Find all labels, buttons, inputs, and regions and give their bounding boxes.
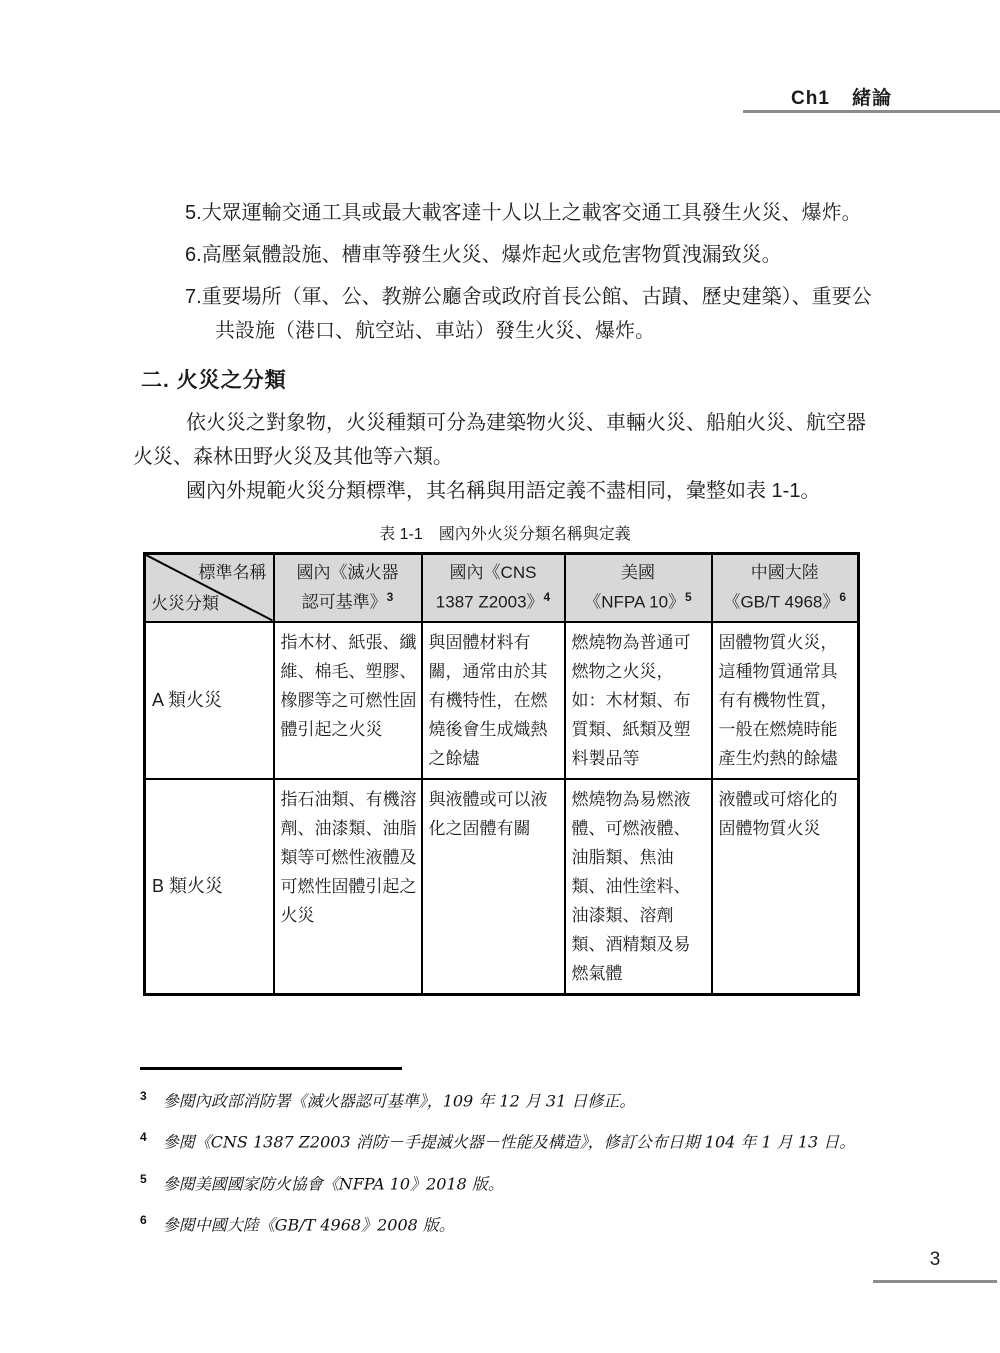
column-header: 中國大陸《GB/T 4968》6 xyxy=(712,554,859,622)
corner-label-standard: 標準名稱 xyxy=(199,560,267,585)
definition-cell: 液體或可熔化的固體物質火災 xyxy=(712,779,859,995)
column-header: 美國《NFPA 10》5 xyxy=(565,554,712,622)
footnote-text: 參閱美國國家防火協會《NFPA 10》2018 版。 xyxy=(163,1174,504,1193)
column-header-line1: 中國大陸 xyxy=(751,563,819,582)
body-paragraph: 依火災之對象物，火災種類可分為建築物火災、車輛火災、船舶火災、航空器火災、森林田… xyxy=(133,406,881,474)
numbered-list: 5.大眾運輸交通工具或最大載客達十人以上之載客交通工具發生火災、爆炸。 6.高壓… xyxy=(133,196,881,356)
footnote-number: 6 xyxy=(140,1213,147,1227)
footnote-text: 參閱《CNS 1387 Z2003 消防－手提滅火器－性能及構造》，修訂公布日期… xyxy=(163,1133,856,1152)
list-item-text: 大眾運輸交通工具或最大載客達十人以上之載客交通工具發生火災、爆炸。 xyxy=(202,202,862,224)
column-header-line2: 《GB/T 4968》 xyxy=(723,593,839,612)
footnote-ref: 6 xyxy=(839,590,846,604)
paragraph-block: 依火災之對象物，火災種類可分為建築物火災、車輛火災、船舶火災、航空器火災、森林田… xyxy=(133,406,881,508)
column-header: 國內《CNS1387 Z2003》4 xyxy=(422,554,565,622)
definition-cell: 指木材、紙張、纖維、棉毛、塑膠、橡膠等之可燃性固體引起之火災 xyxy=(274,622,422,779)
footnote-number: 4 xyxy=(140,1130,147,1144)
column-header-line2: 《NFPA 10》 xyxy=(584,593,685,612)
definition-cell: 燃燒物為普通可燃物之火災，如：木材類、布質類、紙類及塑料製品等 xyxy=(565,622,712,779)
list-item-text: 高壓氣體設施、槽車等發生火災、爆炸起火或危害物質洩漏致災。 xyxy=(202,244,782,266)
list-item-number: 5. xyxy=(185,202,202,224)
fire-classification-table: 標準名稱 火災分類 國內《滅火器認可基準》3 國內《CNS1387 Z2003》… xyxy=(143,552,860,996)
row-label-cell: B 類火災 xyxy=(145,779,274,995)
table-caption: 表 1-1 國內外火災分類名稱與定義 xyxy=(133,521,877,544)
footnote-ref: 4 xyxy=(544,590,551,604)
definition-cell: 指石油類、有機溶劑、油漆類、油脂類等可燃性液體及可燃性固體引起之火災 xyxy=(274,779,422,995)
corner-header-cell: 標準名稱 火災分類 xyxy=(145,554,274,622)
column-header-line2: 1387 Z2003》 xyxy=(436,593,544,612)
chapter-label: Ch1 xyxy=(791,88,830,109)
table-row: B 類火災 指石油類、有機溶劑、油漆類、油脂類等可燃性液體及可燃性固體引起之火災… xyxy=(145,779,859,995)
footnote-ref: 3 xyxy=(387,590,394,604)
table-header-row: 標準名稱 火災分類 國內《滅火器認可基準》3 國內《CNS1387 Z2003》… xyxy=(145,554,859,622)
footnote-ref: 5 xyxy=(685,590,692,604)
page-number: 3 xyxy=(873,1249,997,1271)
column-header-line1: 國內《CNS xyxy=(450,563,537,582)
footnote-number: 3 xyxy=(140,1089,147,1103)
column-header-line1: 國內《滅火器 xyxy=(297,563,399,582)
footnote: 3參閱內政部消防署《滅火器認可基準》，109 年 12 月 31 日修正。 xyxy=(140,1078,882,1119)
definition-cell: 與固體材料有關，通常由於其有機特性，在燃燒後會生成熾熱之餘燼 xyxy=(422,622,565,779)
list-item-number: 7. xyxy=(185,286,202,308)
row-label-cell: A 類火災 xyxy=(145,622,274,779)
footnote: 6參閱中國大陸《GB/T 4968》2008 版。 xyxy=(140,1202,882,1243)
footnote-text: 參閱內政部消防署《滅火器認可基準》，109 年 12 月 31 日修正。 xyxy=(163,1091,636,1110)
footnote: 4參閱《CNS 1387 Z2003 消防－手提滅火器－性能及構造》，修訂公布日… xyxy=(140,1119,882,1160)
body-paragraph: 國內外規範火災分類標準，其名稱與用語定義不盡相同，彙整如表 1-1。 xyxy=(133,474,881,508)
definition-cell: 燃燒物為易燃液體、可燃液體、油脂類、焦油類、油性塗料、油漆類、溶劑類、酒精類及易… xyxy=(565,779,712,995)
column-header-line1: 美國 xyxy=(621,563,655,582)
list-item-number: 6. xyxy=(185,244,202,266)
list-item: 5.大眾運輸交通工具或最大載客達十人以上之載客交通工具發生火災、爆炸。 xyxy=(185,196,881,230)
chapter-title: 緒論 xyxy=(852,88,892,109)
table-row: A 類火災 指木材、紙張、纖維、棉毛、塑膠、橡膠等之可燃性固體引起之火災 與固體… xyxy=(145,622,859,779)
header-rule xyxy=(743,110,1000,113)
definition-cell: 固體物質火災，這種物質通常具有有機物性質，一般在燃燒時能產生灼熱的餘燼 xyxy=(712,622,859,779)
footnote: 5參閱美國國家防火協會《NFPA 10》2018 版。 xyxy=(140,1161,882,1202)
list-item: 6.高壓氣體設施、槽車等發生火災、爆炸起火或危害物質洩漏致災。 xyxy=(185,238,881,272)
footnotes-block: 3參閱內政部消防署《滅火器認可基準》，109 年 12 月 31 日修正。 4參… xyxy=(140,1067,882,1243)
footnote-number: 5 xyxy=(140,1172,147,1186)
list-item-text: 重要場所（軍、公、教辦公廳舍或政府首長公館、古蹟、歷史建築）、重要公共設施（港口… xyxy=(202,286,872,342)
footer-rule xyxy=(873,1280,997,1283)
corner-label-class: 火災分類 xyxy=(151,591,219,616)
running-head: Ch1緒論 xyxy=(743,83,1000,110)
footnote-text: 參閱中國大陸《GB/T 4968》2008 版。 xyxy=(163,1215,455,1234)
column-header-line2: 認可基準》 xyxy=(302,593,387,612)
definition-cell: 與液體或可以液化之固體有關 xyxy=(422,779,565,995)
column-header: 國內《滅火器認可基準》3 xyxy=(274,554,422,622)
footnote-separator xyxy=(140,1067,402,1070)
list-item: 7.重要場所（軍、公、教辦公廳舍或政府首長公館、古蹟、歷史建築）、重要公共設施（… xyxy=(185,280,881,348)
document-page: Ch1緒論 5.大眾運輸交通工具或最大載客達十人以上之載客交通工具發生火災、爆炸… xyxy=(0,0,1000,1353)
section-heading: 二. 火災之分類 xyxy=(141,364,287,394)
